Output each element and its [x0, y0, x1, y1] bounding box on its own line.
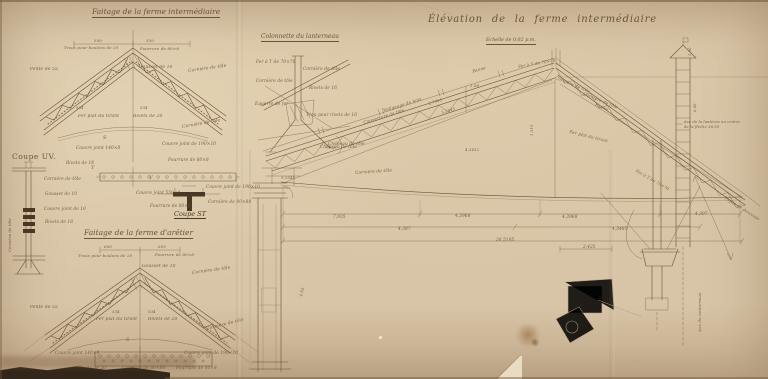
annotation: Cornière de 80×80 [208, 200, 251, 204]
annotation: de la flèche 38,50 [684, 126, 719, 130]
annotation: Rivets de 18 [45, 220, 73, 224]
annotation: Cornière de tôle [8, 218, 12, 252]
annotation: 0,90 [694, 103, 698, 112]
annotation: Chéneau de tôle [328, 142, 365, 146]
annotation: T [111, 370, 115, 375]
coupe-uv-linework [12, 162, 46, 274]
annotation: S [126, 338, 130, 343]
annotation: Rivets de 20 [78, 366, 106, 370]
annotation: Équerre de fer [255, 102, 288, 106]
annotation: Cornière de tôle [303, 67, 340, 71]
annotation: 4,3485 [612, 227, 628, 231]
annotation: Pente de 55 [30, 306, 58, 310]
annotation: 4,397 [695, 212, 708, 216]
scale-label: Echelle de 0,02 p.m. [486, 38, 536, 45]
annotation: 2,08 [470, 84, 479, 88]
annotation: 534 [112, 310, 120, 314]
coupe-uv-title: Coupe UV. [12, 152, 56, 161]
annotation: 4,387 [398, 227, 411, 231]
annotation: 605 [158, 245, 166, 249]
annotation: Couvre joint 140×8 [76, 146, 120, 150]
annotation: Fourrure de 80×8 [168, 158, 209, 162]
annotation: Rivets de 16 [309, 86, 337, 90]
annotation: Cornière de tôle [256, 79, 293, 83]
annotation: Trou pour rivets de 16 [306, 113, 357, 117]
annotation: Trous pour boulons de 20 [78, 254, 132, 258]
annotation: Couvre joint de 190×10 [162, 142, 216, 146]
annotation: Fer plat du tirant [96, 318, 137, 322]
annotation: Couvre joint de 190×10 [206, 185, 260, 189]
annotation: Rivets de 20 [148, 318, 177, 322]
annotation: Gousset de 10 [142, 265, 176, 269]
annotation: Gousset de 10 [45, 192, 77, 196]
annotation: 26,5195 [496, 238, 514, 242]
annotation: Cornière de 80×80 [122, 366, 165, 370]
annotation: T [91, 166, 95, 171]
annotation: Couvre joint de 190×10 [184, 351, 238, 355]
annotation: 534 [148, 310, 156, 314]
annotation: Couvre joint de 10 [44, 207, 86, 211]
annotation: Couvre joint 140×8 [55, 351, 99, 355]
page-title: Élévation de la ferme intermédiaire [428, 14, 657, 25]
annotation: 550 [146, 39, 154, 43]
annotation: 5,2045 [281, 176, 295, 180]
annotation: Rivets de 20 [133, 115, 162, 119]
drawing-sheet: Faitage de la ferme intermédiaire Élévat… [0, 0, 768, 379]
annotation: Gousset de 10 [139, 66, 173, 70]
annotation: 534 [140, 106, 148, 110]
faitage-bottom-title: Faitage de la ferme d'arêtier [84, 228, 193, 239]
annotation: 2,425 [583, 245, 596, 249]
annotation: Fer à T de 70×70 [256, 60, 296, 64]
annotation: 1,315 [530, 124, 534, 136]
annotation: 7,935 [333, 215, 346, 219]
colonnette-title: Colonnette du lanterneau [261, 33, 339, 42]
annotation: Trous pour boulons de 20 [64, 46, 118, 50]
annotation: Couvre joint 550×8 [136, 191, 180, 195]
annotation: Fer plat du tirant [78, 115, 119, 119]
annotation: Pente de 55 [30, 68, 58, 72]
annotation: 534 [76, 106, 84, 110]
annotation: Fourrure de 80×8 [150, 204, 191, 208]
annotation: 600 [104, 245, 112, 249]
annotation: 4,3968 [455, 214, 471, 218]
annotation: 1,00 [689, 47, 693, 56]
annotation: V [149, 176, 153, 181]
annotation: Rivets de 18 [66, 161, 94, 165]
annotation: S [103, 136, 107, 141]
faitage-top-title: Faitage de la ferme intermédiaire [92, 7, 220, 18]
annotation: Fourrure de 80×8 [155, 253, 194, 257]
annotation: 550 [94, 39, 102, 43]
annotation: 4,3432 [465, 148, 479, 152]
annotation: Fourrure de 80×8 [176, 366, 217, 370]
coupe-st-title: Coupe ST [174, 210, 206, 219]
annotation: 4,3968 [562, 215, 578, 219]
annotation: Cornière de tôle [44, 177, 81, 181]
annotation: Axe du lanterneau [698, 292, 702, 332]
annotation: Fourrure de 80×8 [140, 47, 179, 51]
